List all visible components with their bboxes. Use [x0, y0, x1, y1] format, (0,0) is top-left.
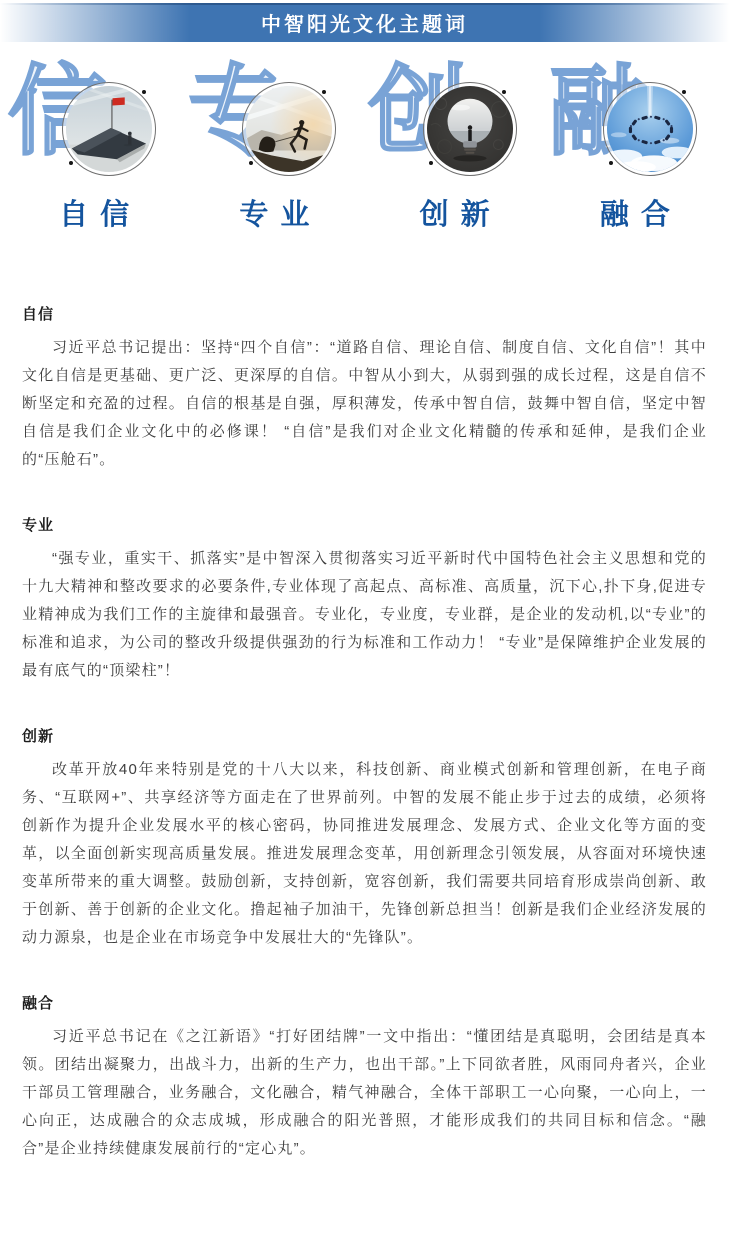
theme-column-confidence: 信: [4, 68, 184, 233]
ring-handle-dot: [69, 161, 73, 165]
runners-uphill-photo: [246, 86, 332, 172]
theme-label-professionalism: 专业: [184, 192, 364, 233]
ring-handle-dot: [249, 161, 253, 165]
page: { "banner": { "title": "中智阳光文化主题词" }, "t…: [0, 0, 729, 1248]
skydivers-circle-photo: [607, 86, 693, 172]
skydivers-circle-illustration: [607, 86, 693, 172]
photo-frame: [62, 82, 156, 176]
section-innovation: 创新 改革开放40年来特别是党的十八大以来，科技创新、商业模式创新和管理创新，在…: [22, 725, 707, 952]
section-heading: 自信: [22, 303, 707, 324]
page-title: 中智阳光文化主题词: [261, 8, 468, 37]
ring-handle-dot: [609, 161, 613, 165]
ring-handle-dot: [142, 90, 146, 94]
theme-art: 创: [365, 68, 545, 182]
section-paragraph: 改革开放40年来特别是党的十八大以来，科技创新、商业模式创新和管理创新，在电子商…: [22, 756, 707, 952]
section-paragraph: 习近平总书记提出：坚持“四个自信”：“道路自信、理论自信、制度自信、文化自信”！…: [22, 334, 707, 474]
photo-frame: [242, 82, 336, 176]
ring-handle-dot: [682, 90, 686, 94]
section-fusion: 融合 习近平总书记在《之江新语》“打好团结牌”一文中指出：“懂团结是真聪明，会团…: [22, 992, 707, 1163]
ring-handle-dot: [322, 90, 326, 94]
theme-art: 专: [184, 68, 364, 182]
theme-label-confidence: 自信: [4, 192, 184, 233]
section-confidence: 自信 习近平总书记提出：坚持“四个自信”：“道路自信、理论自信、制度自信、文化自…: [22, 303, 707, 474]
photo-frame: [603, 82, 697, 176]
theme-label-innovation: 创新: [365, 192, 545, 233]
theme-column-professionalism: 专: [184, 68, 364, 233]
ring-handle-dot: [429, 161, 433, 165]
theme-art: 信: [4, 68, 184, 182]
themes-row: 信: [4, 68, 725, 233]
section-heading: 专业: [22, 514, 707, 535]
flag-on-summit-illustration: [66, 86, 152, 172]
theme-column-innovation: 创: [365, 68, 545, 233]
bulb-doorway-photo: [427, 86, 513, 172]
section-professionalism: 专业 “强专业，重实干、抓落实”是中智深入贯彻落实习近平新时代中国特色社会主义思…: [22, 514, 707, 685]
theme-art: 融: [545, 68, 725, 182]
section-heading: 融合: [22, 992, 707, 1013]
runners-uphill-illustration: [246, 86, 332, 172]
bulb-doorway-illustration: [427, 86, 513, 172]
section-paragraph: “强专业，重实干、抓落实”是中智深入贯彻落实习近平新时代中国特色社会主义思想和党…: [22, 545, 707, 685]
theme-column-fusion: 融: [545, 68, 725, 233]
article-content: 自信 习近平总书记提出：坚持“四个自信”：“道路自信、理论自信、制度自信、文化自…: [0, 303, 729, 1163]
ring-handle-dot: [502, 90, 506, 94]
header-banner: 中智阳光文化主题词: [0, 3, 729, 42]
theme-label-fusion: 融合: [545, 192, 725, 233]
flag-on-summit-photo: [66, 86, 152, 172]
section-paragraph: 习近平总书记在《之江新语》“打好团结牌”一文中指出：“懂团结是真聪明，会团结是真…: [22, 1023, 707, 1163]
section-heading: 创新: [22, 725, 707, 746]
photo-frame: [423, 82, 517, 176]
